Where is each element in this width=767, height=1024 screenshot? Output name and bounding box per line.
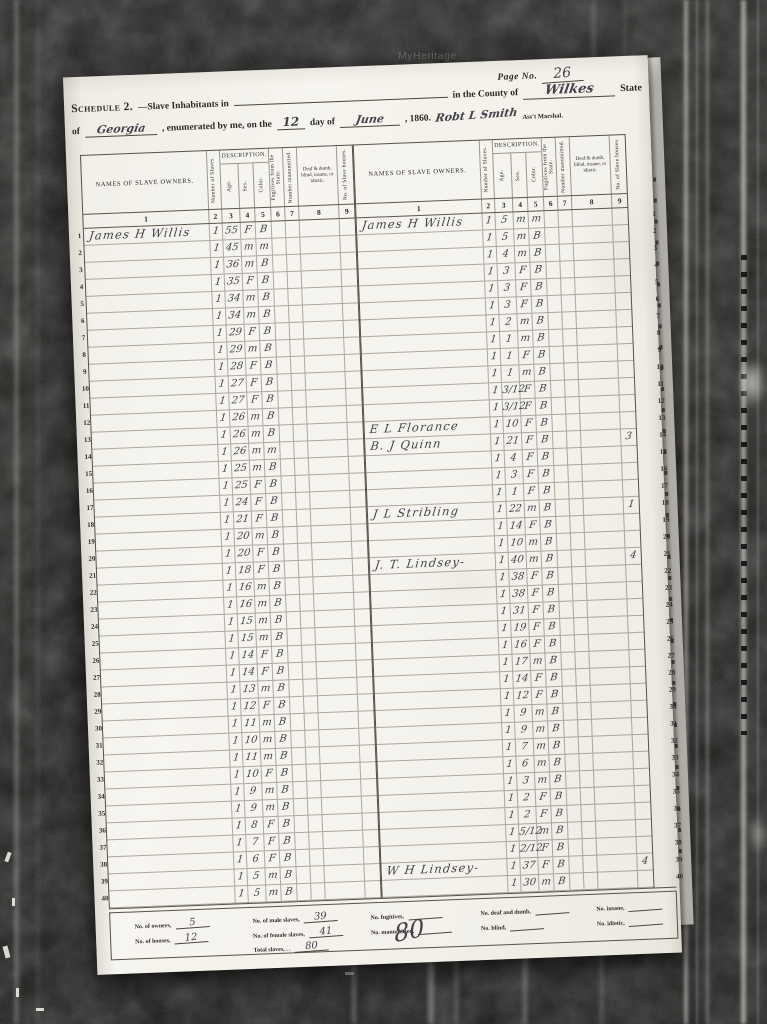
houses-cell [622,446,638,463]
fugitive-cell [567,788,582,805]
deaf-cell [303,304,344,322]
row-number: 40 [676,868,684,885]
row-number: 24 [665,597,673,614]
color-cell: B [275,714,292,731]
row-number: 32 [671,732,679,749]
color-cell: B [272,646,289,663]
age-cell: 25 [232,461,251,478]
row-number: 23 [665,580,673,597]
color-cell: B [553,857,570,874]
color-cell: B [551,806,568,823]
houses-cell [616,310,632,327]
fugitive-cell [292,748,307,765]
row-number: 3 [652,240,660,257]
fugitive-cell [560,618,575,635]
deaf-cell [582,463,623,481]
deaf-cell [580,412,621,430]
fugitive-cell [289,680,304,697]
sex-cell: F [257,647,273,664]
sex-cell: m [262,783,278,800]
houses-cell [613,225,629,242]
manumitted-cell [287,255,302,272]
table-header-left: NAMES OF SLAVE OWNERS. Number of Slaves.… [81,146,354,215]
fugitive-cell [566,771,581,788]
houses-cell [631,701,647,718]
deaf-cell [317,678,358,696]
row-number: 28 [668,664,676,681]
deaf-cell [585,548,626,566]
sex-cell: m [532,704,548,721]
houses-cell [614,259,630,276]
owner-cell [382,876,509,897]
deaf-cell [304,321,345,339]
age-cell: 3 [505,467,524,484]
row-number: 16 [660,461,668,478]
deaf-cell [324,865,365,883]
fugitive-cell [280,442,295,459]
row-number: 21 [663,546,671,563]
manumitted-cell [289,306,304,323]
color-cell: B [547,687,564,704]
houses-cell [341,252,357,269]
deaf-cell [301,253,342,271]
age-cell: 2/12 [520,841,539,858]
manumitted-cell [568,448,583,465]
age-cell: 2 [518,790,537,807]
schedule-label: Schedule 2. [71,101,133,115]
sex-cell: F [265,851,281,868]
row-number: 33 [671,749,679,766]
deaf-cell [318,695,359,713]
manumitted-cell [581,805,596,822]
district-blank [234,97,448,106]
deaf-cell [306,372,347,390]
fugitive-cell [565,737,580,754]
sex-cell: m [530,653,546,670]
houses-cell [348,439,364,456]
houses-cell [364,864,380,881]
color-cell: B [537,432,554,449]
color-cell: B [268,544,285,561]
color-cell: B [545,636,562,653]
fugitive-cell [278,374,293,391]
names-header: NAMES OF SLAVE OWNERS. [81,151,209,214]
manumitted-cell [295,475,310,492]
state-blank: Georgia [85,121,157,138]
color-cell: B [274,697,291,714]
sex-cell: m [261,749,277,766]
county-label: in the County of [452,88,518,101]
scan-light-blob [745,815,767,855]
age-cell: 6 [247,851,266,868]
sex-cell: m [519,365,535,382]
sex-cell: m [250,460,266,477]
deaf-cell [311,508,352,526]
deaf-cell [315,610,356,628]
manumitted-cell [581,788,596,805]
deaf-cell [325,882,366,900]
table-left-half: NAMES OF SLAVE OWNERS. Number of Slaves.… [80,144,382,908]
deaf-dumb-header: Deaf & dumb, blind, insane, or idiotic. [297,146,339,205]
fugitive-cell [567,805,582,822]
houses-cell [340,235,356,252]
deaf-cell [585,531,626,549]
fugitive-cell [556,499,571,516]
sex-cell: F [251,494,267,511]
age-cell: 14 [507,518,526,535]
manumitted-cell [568,465,583,482]
manumitted-cell [298,543,313,560]
table-body-right: James H Willis 1 5 m m [357,208,654,898]
age-cell: 9 [514,705,533,722]
scan-speck [345,972,354,975]
idiotic-label: No. idiotic, [597,921,625,928]
table-right-half: NAMES OF SLAVE OWNERS. Number of Slaves.… [353,134,655,898]
color-cell: B [545,653,562,670]
color-cell: B [542,551,559,568]
sex-cell: F [245,324,261,341]
row-number: 29 [669,681,677,698]
manumitted-cell [297,509,312,526]
age-cell: 9 [515,722,534,739]
manumitted-cell [288,289,303,306]
manumitted-cell [575,635,590,652]
sex-cell: F [521,399,537,416]
color-cell: B [539,483,556,500]
color-cell: B [258,273,275,290]
of-label: of [72,127,80,137]
manumitted-cell [569,482,584,499]
fugitive-cell [546,262,561,279]
sex-cell: F [258,664,274,681]
age-header: Age. [493,153,513,198]
fugitive-cell [561,635,576,652]
state-word: State [620,82,642,94]
houses-cell [638,870,654,887]
houses-cell [361,779,377,796]
fugitive-cell [284,544,299,561]
color-cell: B [536,415,553,432]
deaf-cell [576,294,617,312]
age-cell: 11 [242,715,261,732]
age-cell: 9 [244,783,263,800]
houses-cell [349,473,365,490]
sex-cell: m [263,800,279,817]
fugitive-cell [570,873,585,890]
color-cell: B [544,619,561,636]
scan-streak [696,0,698,1024]
row-number: 39 [675,851,683,868]
manumitted-cell [306,747,321,764]
houses-cell [345,354,361,371]
fugitive-cell [564,720,579,737]
manumitted-cell [292,390,307,407]
houses-cell [340,218,356,235]
houses-cell [614,242,630,259]
sex-cell: F [250,477,266,494]
row-number: 15 [659,444,667,461]
houses-value: 12 [174,932,209,944]
color-cell: B [547,704,564,721]
manumitted-cell [562,312,577,329]
houses-cell [629,650,645,667]
sex-cell: F [246,358,262,375]
row-number: 34 [672,766,680,783]
color-cell: B [540,500,557,517]
row-number: 11 [657,376,665,393]
sex-cell: F [527,569,543,586]
manumitted-cell [582,822,597,839]
deaf-cell [598,871,639,889]
houses-cell [617,327,633,344]
fugitive-cell [559,601,574,618]
houses-cell [627,582,643,599]
fugitive-cell [295,833,310,850]
houses-cell [357,677,373,694]
row-number: 36 [673,800,681,817]
row-number: 9 [656,342,664,359]
age-cell: 40 [509,552,528,569]
fugitive-cell [282,493,297,510]
houses-cell [634,769,650,786]
houses-cell [636,820,652,837]
title-text: —Slave Inhabitants in [138,99,229,112]
houses-cell [620,395,636,412]
color-cell: m [528,211,545,228]
sex-cell: F [520,382,536,399]
year-label: , 1860. [405,113,431,124]
manumitted-cell [573,584,588,601]
color-cell: B [262,392,279,409]
sex-cell: F [252,511,268,528]
manumitted-cell [300,594,315,611]
sex-cell: m [258,681,274,698]
color-cell: B [266,493,283,510]
row-number: 12 [658,393,666,410]
deaf-cell [591,684,632,702]
manumitted-cell [564,346,579,363]
sex-cell: m [249,426,265,443]
houses-cell [353,575,369,592]
color-cell: B [273,680,290,697]
sex-cell: F [523,467,539,484]
color-cell: B [270,595,287,612]
enumerated-label: , enumerated by me, on the [162,120,272,134]
age-cell: 27 [229,376,248,393]
color-header: Color. [253,163,271,208]
age-cell: 5 [496,229,515,246]
fugitive-cell [283,527,298,544]
color-cell: B [279,816,296,833]
sex-cell: m [534,755,550,772]
fugitive-cell [279,408,294,425]
table-halves: NAMES OF SLAVE OWNERS. Number of Slaves.… [80,133,677,909]
deaf-cell [590,667,631,685]
deaf-cell [309,457,350,475]
fugitive-cell [276,323,291,340]
manumitted-cell [304,696,319,713]
manumitted-cell [303,662,318,679]
houses-cell [351,524,367,541]
sex-cell: m [245,341,261,358]
manumitted-cell [564,363,579,380]
female-slaves-value: 41 [308,926,343,938]
deaf-cell [597,837,638,855]
age-cell: 4 [505,450,524,467]
manumitted-cell [565,380,580,397]
age-cell: 9 [245,800,264,817]
sex-cell: m [249,443,265,460]
fugitive-cell [558,550,573,567]
sex-cell: F [517,297,533,314]
color-cell: B [278,799,295,816]
age-cell: 1 [501,365,520,382]
age-cell: 13 [240,682,259,699]
manumitted-cell [574,618,589,635]
color-cell: m [264,442,281,459]
houses-cell [342,286,358,303]
color-cell: B [262,375,279,392]
slave-houses-header: No. of Slave houses. [337,146,354,205]
age-cell: 22 [507,501,526,518]
manumitted-cell [563,329,578,346]
color-cell: B [275,731,292,748]
age-cell: 38 [510,586,529,603]
color-cell: B [540,517,557,534]
manumitted-cell [560,261,575,278]
row-number: 10 [656,359,664,376]
sex-cell: F [515,263,531,280]
fugitive-cell [549,330,564,347]
age-cell: 15 [238,614,257,631]
deaf-cell [597,854,638,872]
fugitive-cell [552,397,567,414]
houses-cell [631,684,647,701]
sex-cell: F [241,222,257,239]
age-cell: 7 [516,739,535,756]
houses-cell [628,616,644,633]
table-main: NAMES OF SLAVE OWNERS. Number of Slaves.… [80,133,679,960]
color-cell: B [281,884,298,901]
age-cell: 4 [497,246,516,263]
table-body-left: James H Willis 1 55 F B [84,218,381,908]
sex-cell: m [513,212,529,229]
scan-streak [15,0,18,1024]
fugitive-cell [548,313,563,330]
age-cell: 45 [223,240,242,257]
houses-cell [620,412,636,429]
slave-houses-header: No. of Slave houses. [610,135,627,194]
deaf-cell [578,344,619,362]
houses-cell [625,531,641,548]
color-cell: B [546,670,563,687]
owners-value: 5 [175,917,210,929]
deaf-cell [588,616,629,634]
fugitive-cell [287,629,302,646]
scanned-census-page: MyHeritage Page No. 26 Schedule 2. —Slav… [0,0,767,1024]
fugitive-cell [291,714,306,731]
sex-cell: F [536,806,552,823]
county-blank: Wilkes [523,80,616,100]
age-cell: 29 [227,342,246,359]
age-cell: 12 [514,688,533,705]
fugitive-cell [550,364,565,381]
scan-speck [16,988,19,997]
row-number: 17 [661,478,669,495]
age-cell: 17 [512,654,531,671]
color-cell: B [534,347,551,364]
color-cell: B [534,364,551,381]
row-number: 22 [664,563,672,580]
manumitted-cell [286,221,301,238]
sex-cell: m [260,732,276,749]
manumitted-cell [305,730,320,747]
manumitted-cell [577,686,592,703]
houses-cell [615,276,631,293]
myheritage-watermark: MyHeritage [398,50,457,62]
fugitive-cell [277,357,292,374]
fugitive-cell [563,686,578,703]
houses-cell [365,881,381,898]
manumitted-cell [307,781,322,798]
age-cell: 3/12 [502,382,521,399]
scan-streak [706,0,709,1024]
age-cell: 3 [497,263,516,280]
deaf-cell [305,355,346,373]
houses-cell [360,745,376,762]
sex-cell: m [244,307,260,324]
fugitive-cell [559,584,574,601]
fugitive-cell [283,510,298,527]
sex-cell: F [523,450,539,467]
fugitive-cell [272,238,287,255]
manumitted-cell [286,238,301,255]
deaf-cell [324,848,365,866]
houses-cell [633,735,649,752]
row-number: 19 [662,512,670,529]
sex-cell: m [255,596,271,613]
male-slaves-value: 39 [303,911,338,923]
houses-cell [344,320,360,337]
sex-cell: m [533,721,549,738]
age-cell: 3 [499,297,518,314]
fugitive-cell [552,414,567,431]
deaf-cell [581,429,622,447]
deaf-label: No. deaf and dumb, [480,909,531,917]
sex-cell: m [539,874,555,891]
day-blank: 12 [277,114,306,130]
manumitted-cell [301,611,316,628]
deaf-cell [589,650,630,668]
marshal-label: Ass't Marshal. [522,112,563,121]
fugitive-cell [557,533,572,550]
manumitted-cell [559,227,574,244]
houses-cell [342,269,358,286]
houses-cell [347,405,363,422]
age-cell: 16 [237,597,256,614]
sex-cell: m [242,256,258,273]
row-number: 26 [667,631,675,648]
age-cell: 2 [499,314,518,331]
houses-cell [360,762,376,779]
fugitive-cell [281,476,296,493]
blind-value [510,928,544,931]
color-cell: B [554,874,571,891]
manumitted-cell [580,771,595,788]
deaf-cell [596,820,637,838]
deaf-cell [587,599,628,617]
color-cell: B [538,466,555,483]
